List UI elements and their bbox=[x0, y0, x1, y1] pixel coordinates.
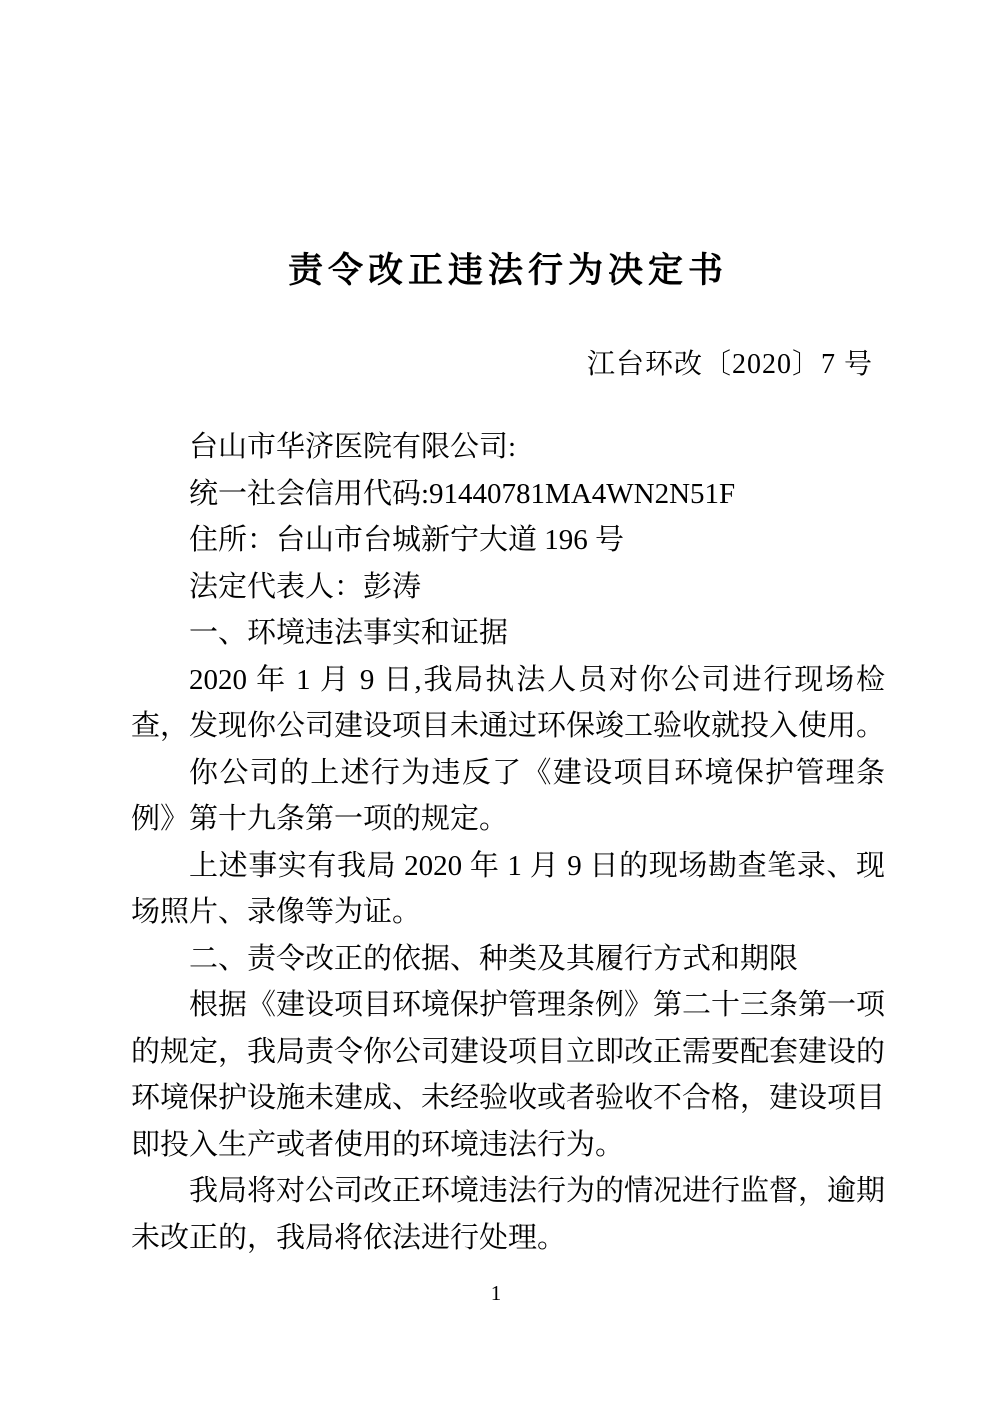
body-paragraph: 上述事实有我局 2020 年 1 月 9 日的现场勘查笔录、现场照片、录像等为证… bbox=[131, 843, 885, 936]
page-number: 1 bbox=[0, 1280, 992, 1306]
document-title: 责令改正违法行为决定书 bbox=[131, 249, 885, 293]
section-heading-order-basis: 二、责令改正的依据、种类及其履行方式和期限 bbox=[131, 936, 885, 983]
body-paragraph: 你公司的上述行为违反了《建设项目环境保护管理条例》第十九条第一项的规定。 bbox=[131, 750, 885, 843]
body-paragraph: 我局将对公司改正环境违法行为的情况进行监督，逾期未改正的，我局将依法进行处理。 bbox=[131, 1168, 885, 1261]
document-body: 台山市华济医院有限公司: 统一社会信用代码:91440781MA4WN2N51F… bbox=[131, 424, 885, 1261]
body-paragraph: 2020 年 1 月 9 日,我局执法人员对你公司进行现场检查，发现你公司建设项… bbox=[131, 657, 885, 750]
address-line: 住所：台山市台城新宁大道 196 号 bbox=[131, 517, 885, 564]
credit-code-line: 统一社会信用代码:91440781MA4WN2N51F bbox=[131, 471, 885, 518]
body-paragraph: 根据《建设项目环境保护管理条例》第二十三条第一项的规定，我局责令你公司建设项目立… bbox=[131, 982, 885, 1168]
document-reference-number: 江台环改〔2020〕7 号 bbox=[131, 347, 885, 383]
section-heading-facts: 一、环境违法事实和证据 bbox=[131, 610, 885, 657]
document-page: 责令改正违法行为决定书 江台环改〔2020〕7 号 台山市华济医院有限公司: 统… bbox=[0, 0, 992, 1403]
recipient-line: 台山市华济医院有限公司: bbox=[131, 424, 885, 471]
legal-representative-line: 法定代表人：彭涛 bbox=[131, 564, 885, 611]
